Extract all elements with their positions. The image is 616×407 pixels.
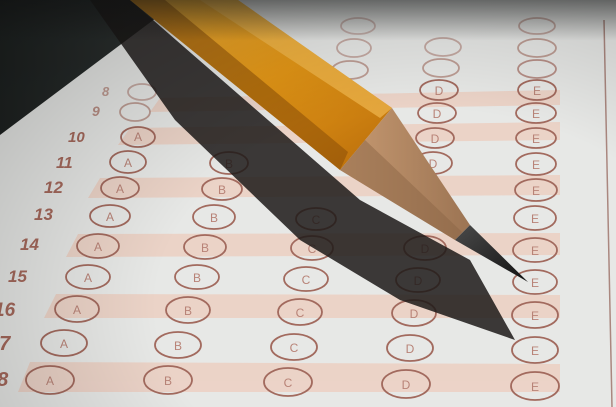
- svg-text:E: E: [533, 84, 541, 98]
- photo-scene: 8 9 10 11 12 13 14 15 16 17 18: [0, 0, 616, 407]
- row-number: 18: [0, 369, 9, 391]
- svg-text:E: E: [531, 344, 539, 358]
- row-number: 9: [92, 103, 100, 119]
- svg-text:E: E: [531, 309, 539, 323]
- svg-text:E: E: [531, 380, 539, 394]
- svg-text:E: E: [532, 107, 540, 121]
- svg-text:C: C: [296, 306, 305, 320]
- svg-text:D: D: [433, 107, 442, 121]
- row-number: 12: [44, 178, 63, 197]
- svg-text:B: B: [174, 339, 182, 353]
- row-number: 8: [102, 84, 110, 99]
- svg-text:A: A: [134, 130, 142, 144]
- svg-text:D: D: [410, 307, 419, 321]
- svg-text:C: C: [290, 341, 299, 355]
- svg-text:E: E: [532, 184, 540, 198]
- svg-text:C: C: [302, 273, 311, 287]
- svg-text:B: B: [201, 241, 209, 255]
- svg-text:C: C: [284, 376, 293, 390]
- svg-text:B: B: [164, 374, 172, 388]
- row-number: 14: [20, 235, 39, 254]
- svg-text:A: A: [73, 303, 81, 317]
- row-number: 13: [34, 205, 53, 224]
- svg-text:E: E: [532, 132, 540, 146]
- svg-text:D: D: [402, 378, 411, 392]
- row-number: 15: [8, 267, 27, 286]
- svg-text:E: E: [531, 244, 539, 258]
- svg-text:E: E: [531, 276, 539, 290]
- svg-text:A: A: [84, 271, 92, 285]
- svg-text:A: A: [124, 156, 132, 170]
- svg-text:B: B: [193, 271, 201, 285]
- row-number: 17: [0, 333, 11, 355]
- svg-text:D: D: [435, 84, 444, 98]
- svg-text:D: D: [431, 132, 440, 146]
- svg-text:E: E: [532, 158, 540, 172]
- row-number: 16: [0, 300, 16, 321]
- svg-text:B: B: [210, 211, 218, 225]
- row-number: 11: [56, 155, 73, 172]
- answer-sheet: 8 9 10 11 12 13 14 15 16 17 18: [0, 0, 616, 407]
- svg-text:A: A: [60, 337, 68, 351]
- svg-text:D: D: [406, 342, 415, 356]
- svg-text:A: A: [46, 374, 54, 388]
- row-number: 10: [68, 129, 85, 146]
- svg-text:A: A: [116, 182, 124, 196]
- svg-text:A: A: [106, 210, 114, 224]
- svg-text:E: E: [531, 212, 539, 226]
- svg-text:A: A: [94, 240, 102, 254]
- svg-text:B: B: [184, 304, 192, 318]
- svg-text:B: B: [218, 183, 226, 197]
